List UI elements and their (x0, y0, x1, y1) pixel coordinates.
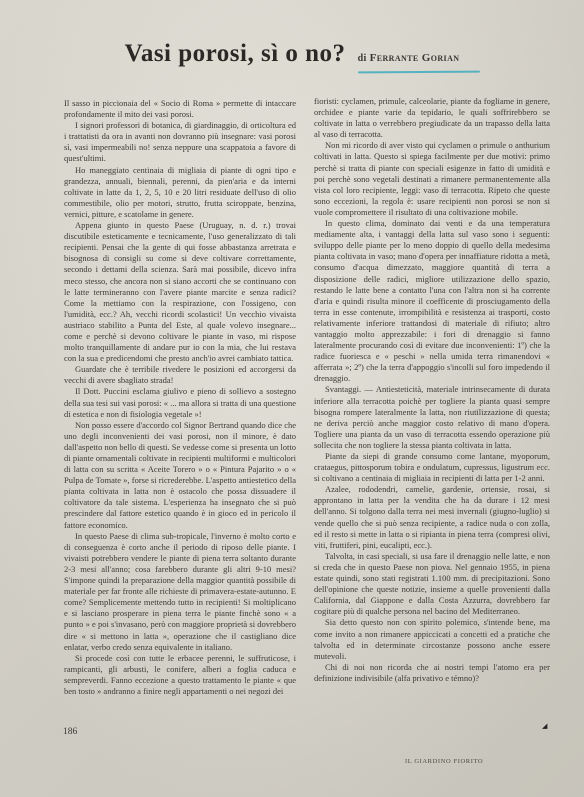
article-header: Vasi porosi, sì o no? di Ferrante Gorian (0, 40, 584, 68)
paragraph: In questo clima, dominato dai venti e da… (314, 218, 550, 384)
magazine-name: IL GIARDINO FIORITO (405, 758, 483, 765)
paragraph: Sia detto questo non con spirito polemic… (314, 617, 550, 661)
paragraph: Azalee, rododendri, camelie, gardenie, o… (314, 484, 550, 551)
handwritten-underline (358, 71, 480, 74)
paragraph: Talvolta, in casi speciali, si usa fare … (314, 551, 550, 618)
right-column: fioristi: cyclamen, primule, calceolarie… (314, 96, 550, 684)
article-title: Vasi porosi, sì o no? (125, 40, 346, 68)
paragraph: Si procede così con tutte le erbacee per… (64, 653, 296, 697)
paragraph: I signori professori di botanica, di gia… (64, 120, 296, 164)
paragraph: Guardate che è terribile rivedere le pos… (64, 364, 296, 386)
paragraph: Non posso essere d'accordo col Signor Be… (64, 420, 296, 531)
paragraph: Piante da siepi di grande consumo come l… (314, 451, 550, 484)
author-name: Ferrante Gorian (370, 52, 460, 64)
paragraph: Il sasso in piccionaia del « Socio di Ro… (64, 98, 296, 120)
left-column: Il sasso in piccionaia del « Socio di Ro… (64, 98, 296, 697)
paragraph: In questo Paese di clima sub-tropicale, … (64, 531, 296, 653)
article-byline: di Ferrante Gorian (358, 52, 460, 64)
page-number: 186 (63, 727, 77, 737)
byline-prefix: di (358, 53, 367, 64)
paragraph: fioristi: cyclamen, primule, calceolarie… (314, 96, 550, 140)
end-mark-icon: ◢ (542, 722, 547, 730)
paragraph: Svantaggi. — Antiesteticità, materiale i… (314, 384, 550, 451)
paragraph: Il Dott. Puccini esclama giulivo e pieno… (64, 386, 296, 419)
paragraph: Chi di noi non ricorda che ai nostri tem… (314, 662, 550, 684)
paragraph: Ho maneggiato centinaia di migliaia di p… (64, 165, 296, 220)
paragraph: Appena giunto in questo Paese (Uruguay, … (64, 220, 296, 364)
paragraph: Non mi ricordo di aver visto qui cyclame… (314, 140, 550, 218)
